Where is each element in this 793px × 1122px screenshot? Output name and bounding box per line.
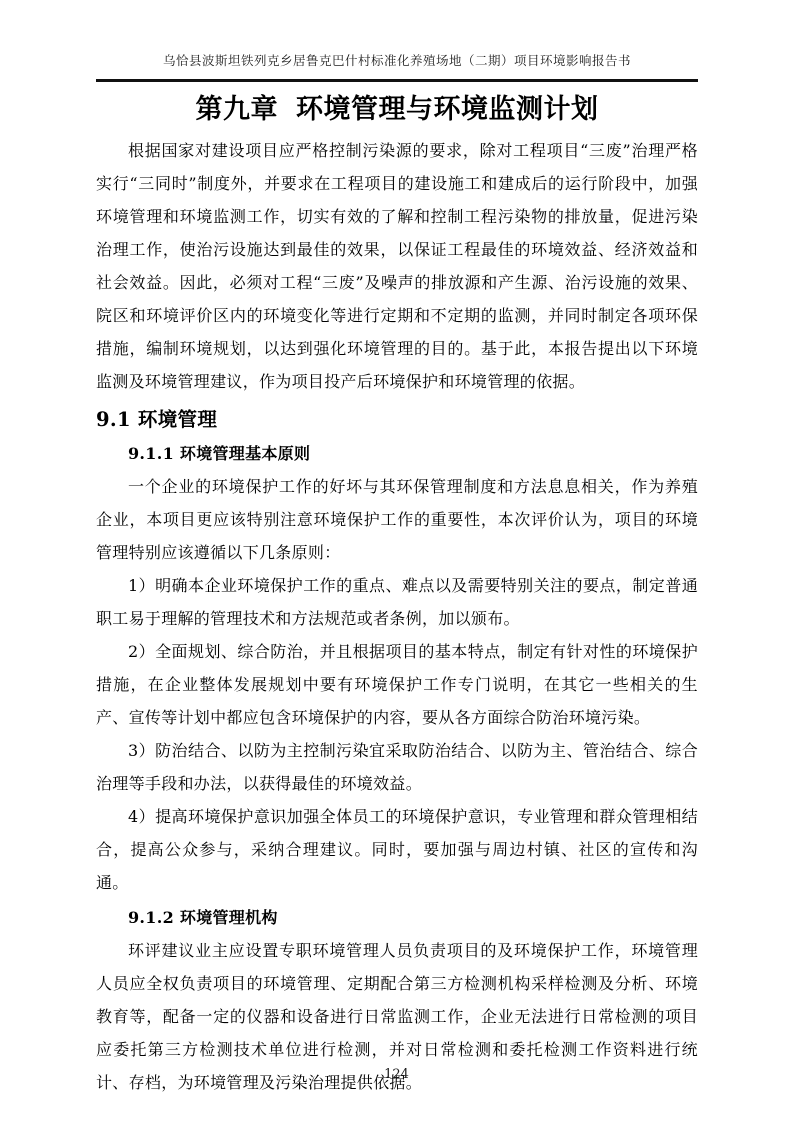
paragraph-principle-3: 3）防治结合、以防为主控制污染宜采取防治结合、以防为主、管治结合、综合治理等手段… (96, 734, 698, 800)
subsection-9-1-2-heading: 9.1.2 环境管理机构 (96, 901, 698, 934)
chapter-title: 第九章 环境管理与环境监测计划 (96, 92, 698, 128)
paragraph-principle-1: 1）明确本企业环境保护工作的重点、难点以及需要特别关注的要点，制定普通职工易于理… (96, 569, 698, 635)
document-page: 乌恰县波斯坦铁列克乡居鲁克巴什村标准化养殖场地（二期）项目环境影响报告书 第九章… (0, 0, 793, 1122)
paragraph-principle-2: 2）全面规划、综合防治，并且根据项目的基本特点，制定有针对性的环境保护措施，在企… (96, 635, 698, 734)
page-header-title: 乌恰县波斯坦铁列克乡居鲁克巴什村标准化养殖场地（二期）项目环境影响报告书 (96, 52, 698, 69)
page-footer: 124 (0, 1067, 793, 1082)
header-double-rule (96, 79, 698, 82)
paragraph-principles-intro: 一个企业的环境保护工作的好坏与其环保管理制度和方法息息相关，作为养殖企业，本项目… (96, 470, 698, 569)
paragraph-principle-4: 4）提高环境保护意识加强全体员工的环境保护意识，专业管理和群众管理相结合，提高公… (96, 800, 698, 899)
subsection-9-1-1-heading: 9.1.1 环境管理基本原则 (96, 437, 698, 470)
section-9-1-heading: 9.1 环境管理 (96, 404, 698, 435)
page-content: 乌恰县波斯坦铁列克乡居鲁克巴什村标准化养殖场地（二期）项目环境影响报告书 第九章… (0, 0, 793, 1099)
page-number: 124 (384, 1067, 409, 1082)
intro-paragraph: 根据国家对建设项目应严格控制污染源的要求，除对工程项目“三废”治理严格实行“三同… (96, 134, 698, 398)
